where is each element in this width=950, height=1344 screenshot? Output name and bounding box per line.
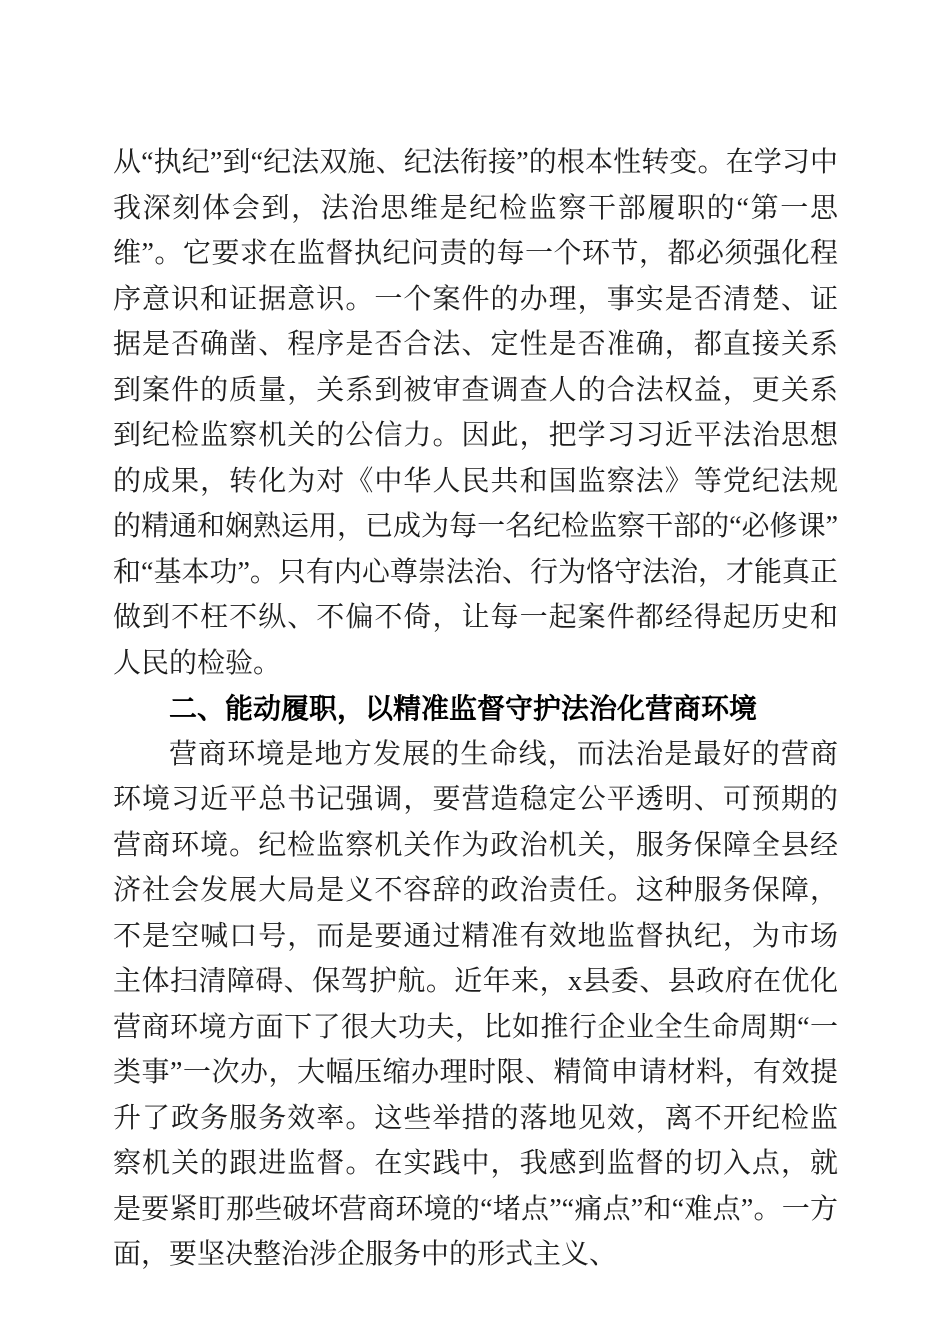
paragraph-body: 营商环境是地方发展的生命线，而法治是最好的营商环境习近平总书记强调，要营造稳定公… [113,732,838,1278]
document-page: 从“执纪”到“纪法双施、纪法衔接”的根本性转变。在学习中我深刻体会到，法治思维是… [0,0,950,1344]
paragraph-continuation: 从“执纪”到“纪法双施、纪法衔接”的根本性转变。在学习中我深刻体会到，法治思维是… [113,140,838,686]
section-heading: 二、能动履职，以精准监督守护法治化营商环境 [113,686,838,732]
